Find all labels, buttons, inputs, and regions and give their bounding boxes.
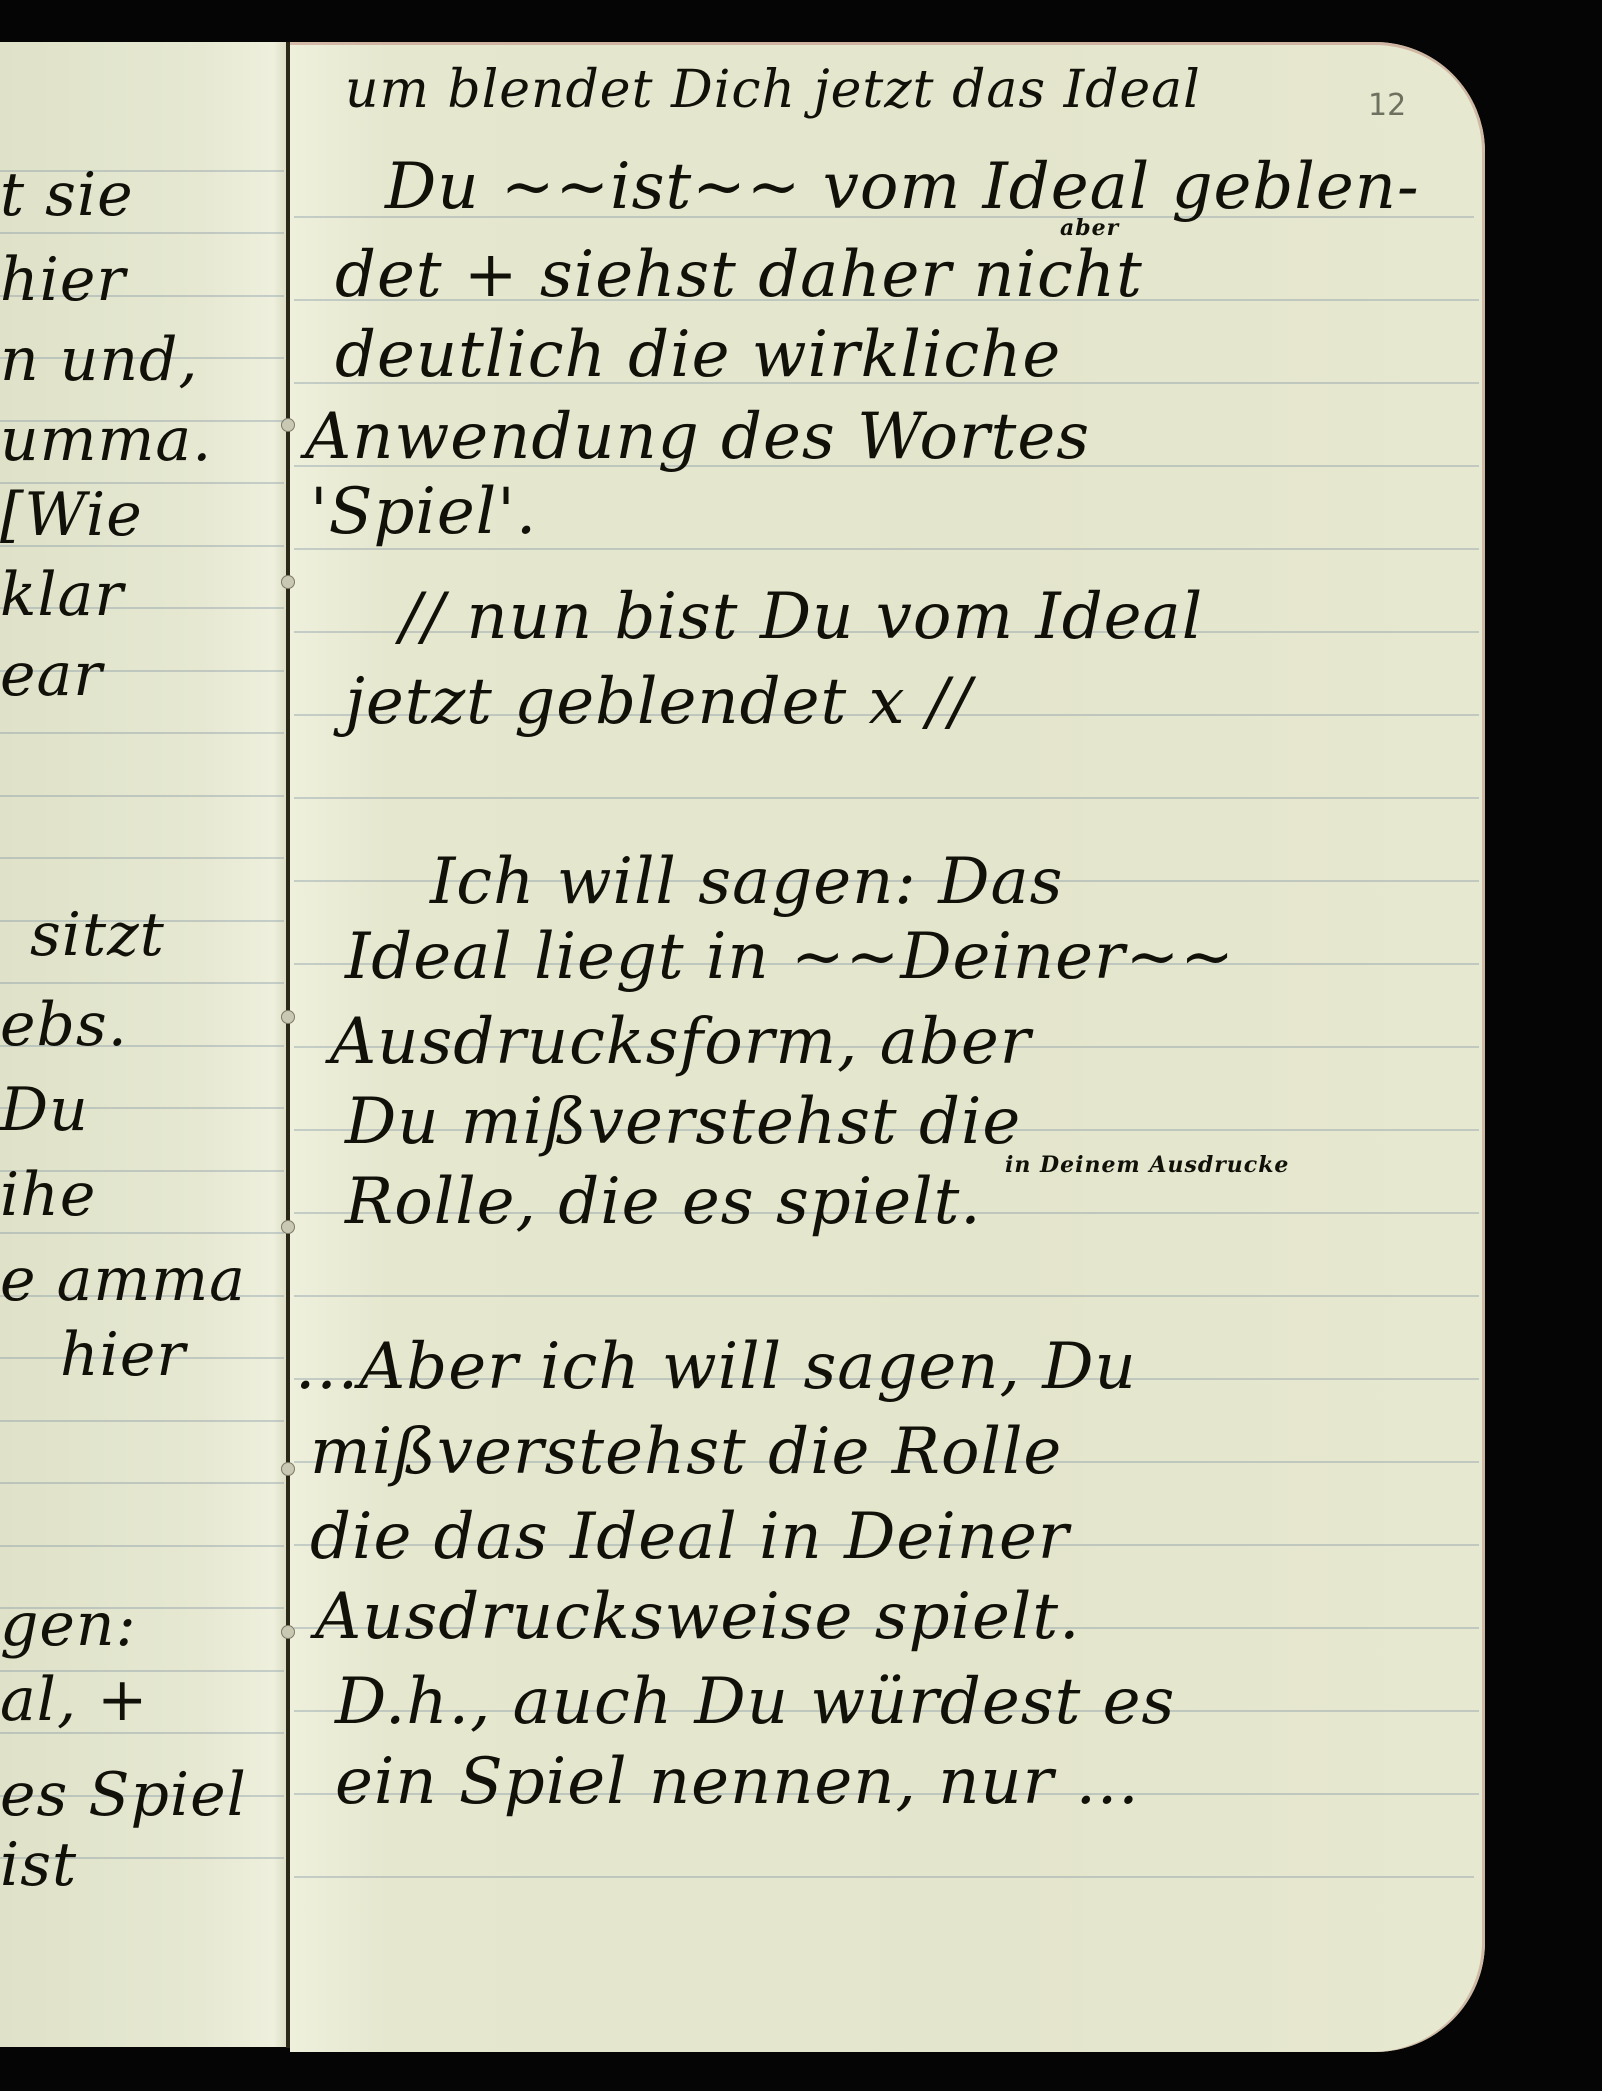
handwritten-line: die das Ideal in Deiner [310, 1500, 1069, 1574]
handwritten-fragment: e amma [0, 1245, 246, 1315]
handwritten-insertion: in Deinem Ausdrucke [1005, 1152, 1289, 1178]
handwritten-fragment: hier [60, 1320, 186, 1390]
handwritten-fragment: n und, [0, 325, 198, 395]
handwritten-line: um blendet Dich jetzt das Ideal [345, 60, 1201, 120]
handwritten-fragment: Du [0, 1075, 89, 1145]
handwritten-fragment: sitzt [30, 900, 165, 970]
binding-stitch [281, 1010, 295, 1024]
binding-stitch [281, 575, 295, 589]
handwritten-line: mißverstehst die Rolle [310, 1415, 1062, 1489]
handwritten-line: Ausdrucksform, aber [330, 1005, 1031, 1079]
handwritten-fragment: ihe [0, 1160, 96, 1230]
handwritten-line: ein Spiel nennen, nur ... [335, 1745, 1140, 1819]
handwritten-fragment: [Wie [0, 480, 143, 550]
handwritten-line: Ich will sagen: Das [430, 845, 1064, 919]
handwritten-fragment: t sie [0, 160, 134, 230]
handwritten-line: ...Aber ich will sagen, Du [295, 1330, 1137, 1404]
handwritten-line: Rolle, die es spielt. [345, 1165, 982, 1239]
binding-gutter [286, 42, 290, 2048]
handwritten-line: Du mißverstehst die [345, 1085, 1021, 1159]
handwritten-fragment: al, + [0, 1665, 148, 1735]
handwritten-fragment: es Spiel [0, 1760, 247, 1830]
handwritten-line: D.h., auch Du würdest es [335, 1665, 1175, 1739]
binding-stitch [281, 1625, 295, 1639]
handwritten-line: deutlich die wirkliche [335, 318, 1061, 392]
handwritten-line: det + siehst daher nicht [335, 238, 1143, 312]
handwritten-line: // nun bist Du vom Ideal [400, 580, 1203, 654]
handwritten-fragment: hier [0, 245, 126, 315]
handwritten-line: Ideal liegt in ~~Deiner~~ [345, 920, 1235, 994]
handwritten-fragment: ebs. [0, 990, 128, 1060]
page-number: 12 [1368, 88, 1406, 123]
handwritten-fragment: ear [0, 640, 103, 710]
handwritten-line: 'Spiel'. [310, 475, 537, 549]
handwritten-line: Du ~~ist~~ vom Ideal geblen- [385, 150, 1420, 224]
handwritten-insertion: aber [1060, 215, 1119, 241]
binding-stitch [281, 1462, 295, 1476]
handwritten-fragment: klar [0, 560, 124, 630]
handwritten-line: Anwendung des Wortes [305, 400, 1090, 474]
handwritten-fragment: ist [0, 1830, 77, 1900]
handwritten-line: jetzt geblendet x // [345, 665, 972, 739]
handwritten-fragment: umma. [0, 405, 212, 475]
handwritten-fragment: gen: [0, 1590, 137, 1660]
handwritten-line: Ausdrucksweise spielt. [315, 1580, 1080, 1654]
